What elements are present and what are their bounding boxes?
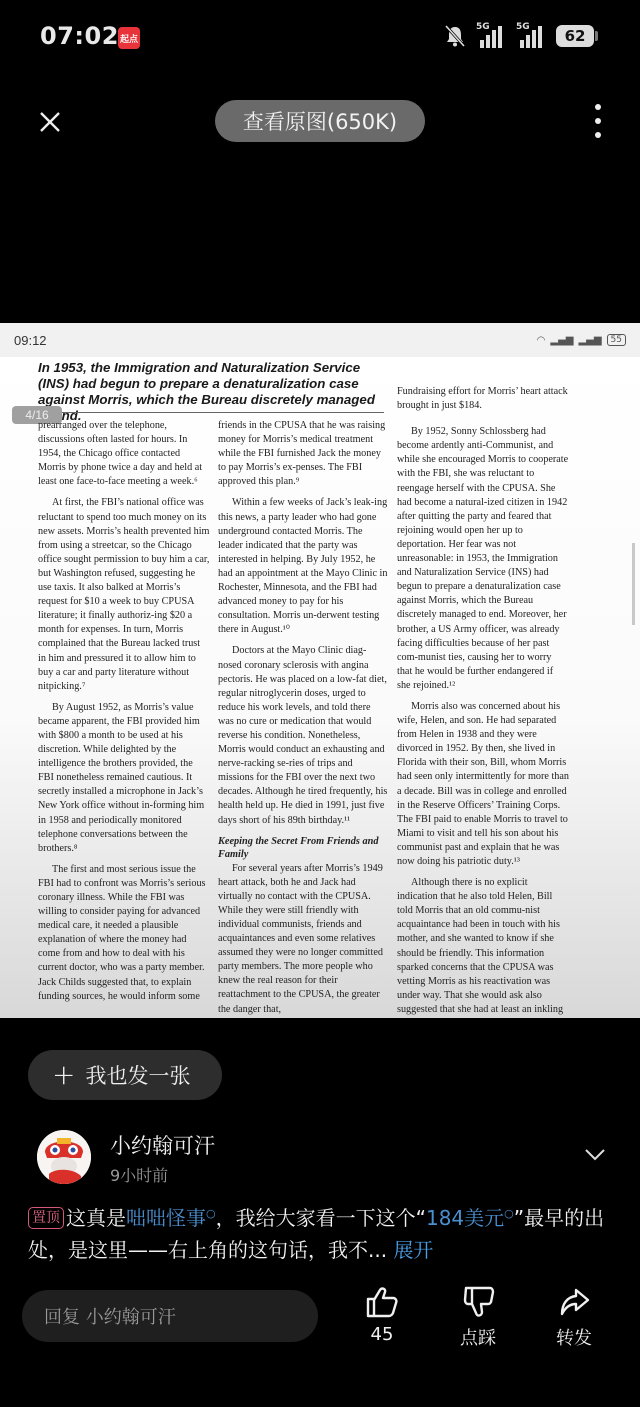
text-column-1: prearranged over the telephone, discussi… xyxy=(38,419,210,1011)
reply-input[interactable]: 回复 小约翰可汗 xyxy=(22,1290,318,1342)
paragraph: By 1952, Sonny Schlossberg had become ar… xyxy=(397,425,569,693)
paragraph: The first and most serious issue the FBI… xyxy=(38,863,210,1004)
paragraph: Fundraising effort for Morris’ heart att… xyxy=(397,385,569,413)
battery-icon: 62 xyxy=(556,25,594,47)
signal-5g-icon-2: 5G xyxy=(516,24,546,48)
paragraph: prearranged over the telephone, discussi… xyxy=(38,419,210,489)
comment-text: 置顶这真是咄咄怪事○，我给大家看一下这个“184美元○”最早的出处，是这里——右… xyxy=(28,1198,618,1266)
search-link-2[interactable]: 184美元 xyxy=(426,1206,504,1230)
signal-5g-icon: 5G xyxy=(476,24,506,48)
avatar[interactable] xyxy=(37,1130,91,1184)
post-time: 9小时前 xyxy=(110,1163,168,1186)
wifi-icon: ◠ xyxy=(537,335,546,346)
chevron-down-icon[interactable] xyxy=(584,1148,606,1162)
thumbs-down-icon xyxy=(460,1284,496,1320)
signal-icon-2: ▂▄▆ xyxy=(578,335,601,346)
scrollbar xyxy=(632,543,635,625)
app-notification-icon: 起点 xyxy=(118,27,140,49)
status-time: 07:02 xyxy=(40,22,119,50)
embedded-status-bar: 09:12 ◠ ▂▄▆ ▂▄▆ 55 xyxy=(0,323,640,357)
search-link-1[interactable]: 咄咄怪事 xyxy=(126,1206,206,1230)
signal-icon: ▂▄▆ xyxy=(550,335,573,346)
lion-dance-avatar-icon xyxy=(37,1130,91,1184)
section-heading: Keeping the Secret From Friends and Fami… xyxy=(218,835,388,861)
embedded-status-icons: ◠ ▂▄▆ ▂▄▆ 55 xyxy=(537,334,626,346)
paragraph: Although there is no explicit indication… xyxy=(397,876,569,1018)
like-button[interactable]: 45 xyxy=(352,1284,412,1345)
thumbs-up-icon xyxy=(364,1284,400,1320)
share-button[interactable]: 转发 xyxy=(544,1284,604,1350)
post-image-button[interactable]: + 我也发一张 xyxy=(28,1050,222,1100)
viewed-image[interactable]: 09:12 ◠ ▂▄▆ ▂▄▆ 55 In 1953, the Immigrat… xyxy=(0,323,640,1018)
comment-text-segment: ，我给大家看一下这个“ xyxy=(216,1206,426,1230)
paragraph: Doctors at the Mayo Clinic diag-nosed co… xyxy=(218,644,388,827)
paragraph: For several years after Morris’s 1949 he… xyxy=(218,862,388,1017)
like-count: 45 xyxy=(371,1324,394,1345)
pull-quote-divider xyxy=(38,412,384,413)
dislike-button[interactable]: 点踩 xyxy=(448,1284,508,1350)
paragraph: Within a few weeks of Jack’s leak-ing th… xyxy=(218,496,388,637)
search-icon: ○ xyxy=(206,1207,216,1220)
paragraph: At first, the FBI’s national office was … xyxy=(38,496,210,693)
text-column-2: friends in the CPUSA that he was raising… xyxy=(218,419,388,1018)
share-arrow-icon xyxy=(556,1284,592,1320)
post-image-label: 我也发一张 xyxy=(85,1060,190,1090)
paragraph: friends in the CPUSA that he was raising… xyxy=(218,419,388,489)
username[interactable]: 小约翰可汗 xyxy=(110,1130,215,1160)
plus-icon: + xyxy=(52,1061,75,1089)
paragraph: Morris also was concerned about his wife… xyxy=(397,700,569,869)
image-viewer-toolbar: 查看原图(650K) xyxy=(0,100,640,144)
embedded-battery-icon: 55 xyxy=(607,334,626,346)
pull-quote: In 1953, the Immigration and Naturalizat… xyxy=(38,360,384,424)
expand-link[interactable]: 展开 xyxy=(393,1238,433,1262)
status-icons: 5G 5G 62 xyxy=(444,24,594,48)
search-icon: ○ xyxy=(504,1207,514,1220)
document-page: In 1953, the Immigration and Naturalizat… xyxy=(0,357,640,1018)
mute-bell-icon xyxy=(444,24,466,48)
more-options-icon[interactable] xyxy=(592,104,604,138)
pinned-badge: 置顶 xyxy=(28,1207,64,1229)
dislike-label: 点踩 xyxy=(460,1324,496,1350)
text-column-3: Fundraising effort for Morris’ heart att… xyxy=(397,385,569,1018)
paragraph: By August 1952, as Morris’s value became… xyxy=(38,701,210,856)
share-label: 转发 xyxy=(556,1324,592,1350)
comment-text-segment: 这真是 xyxy=(66,1206,126,1230)
embedded-status-time: 09:12 xyxy=(14,333,47,348)
status-bar: 07:02 起点 5G 5G 62 xyxy=(0,0,640,80)
view-original-button[interactable]: 查看原图(650K) xyxy=(215,100,425,142)
close-icon[interactable] xyxy=(36,108,64,136)
